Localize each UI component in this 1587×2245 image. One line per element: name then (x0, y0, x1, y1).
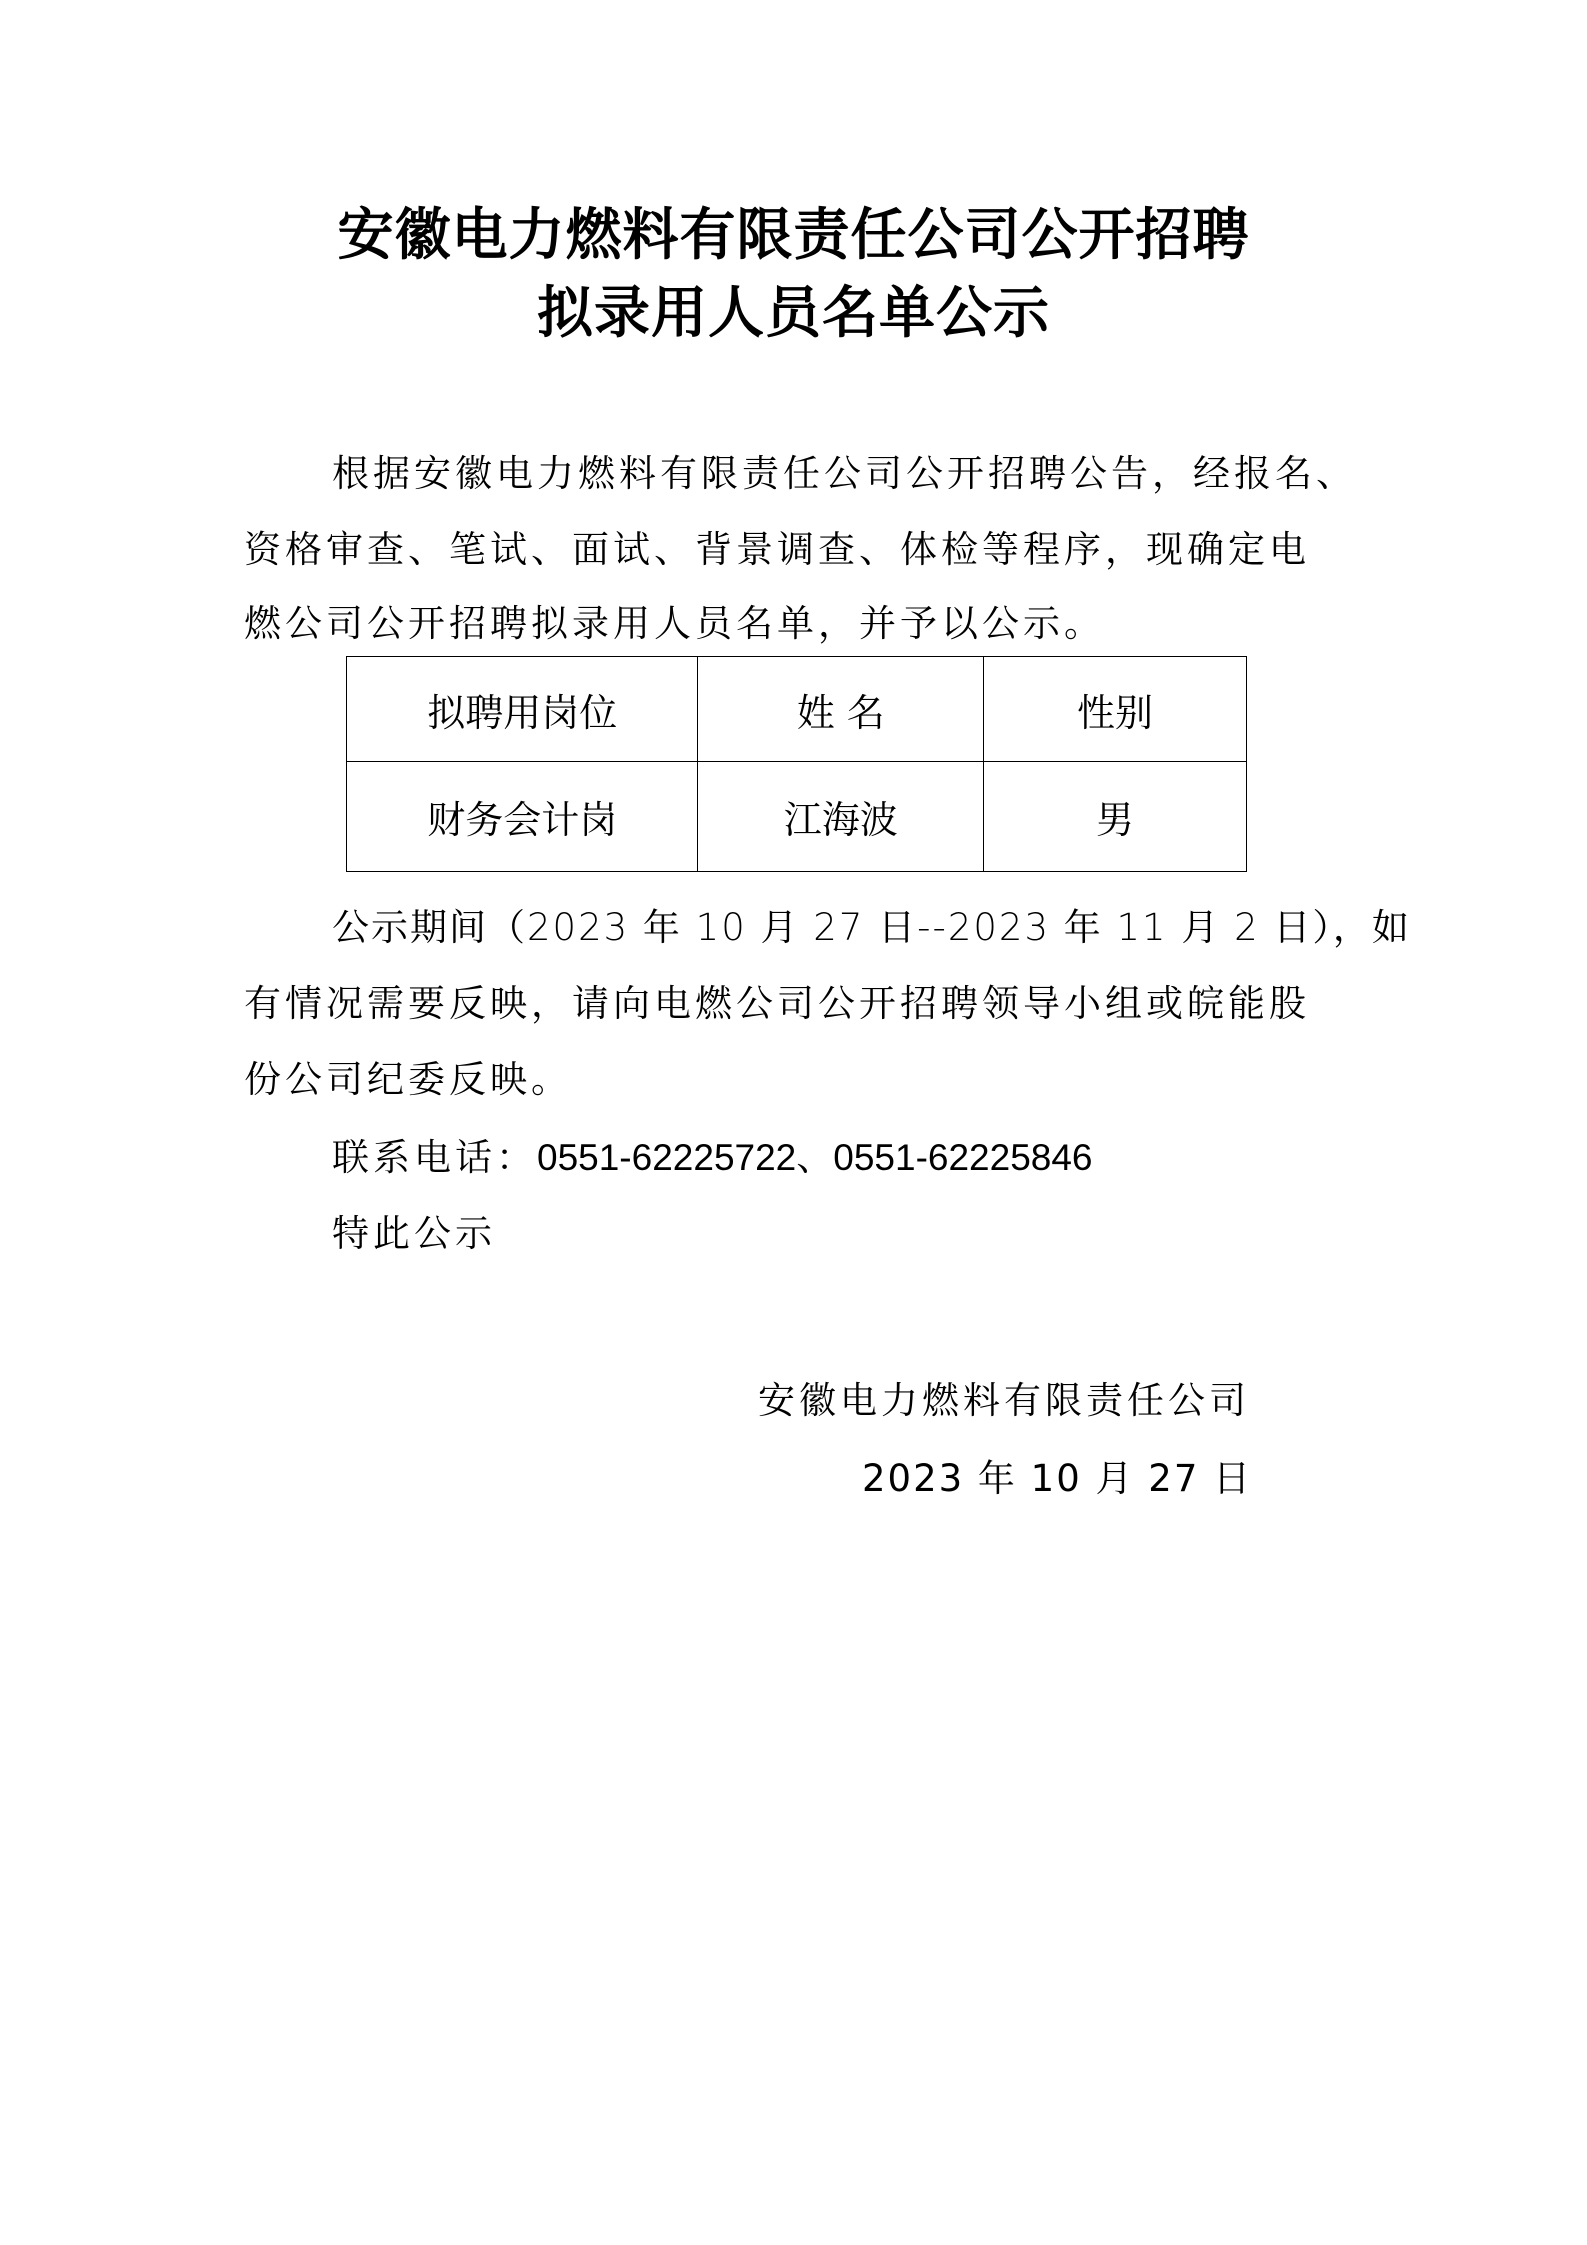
table-header-row: 拟聘用岗位 姓 名 性别 (347, 657, 1247, 762)
contact-phones: 0551-62225722、0551-62225846 (537, 1137, 1093, 1178)
notice-line-3: 份公司纪委反映。 (244, 1060, 1374, 1099)
closing-text: 特此公示 (332, 1214, 1462, 1253)
table-row: 财务会计岗 江海波 男 (347, 762, 1247, 872)
intro-line-1: 根据安徽电力燃料有限责任公司公开招聘公告，经报名、 (332, 454, 1462, 493)
header-position: 拟聘用岗位 (347, 657, 698, 762)
header-name: 姓 名 (698, 657, 984, 762)
signature-company: 安徽电力燃料有限责任公司 (758, 1370, 1250, 1424)
signature-date: 2023 年 10 月 27 日 (862, 1448, 1252, 1502)
document-title-line2: 拟录用人员名单公示 (0, 278, 1587, 348)
notice-line-2: 有情况需要反映，请向电燃公司公开招聘领导小组或皖能股 (244, 984, 1374, 1023)
cell-gender: 男 (984, 762, 1247, 872)
hire-list-table: 拟聘用岗位 姓 名 性别 财务会计岗 江海波 男 (346, 656, 1247, 872)
cell-position: 财务会计岗 (347, 762, 698, 872)
header-gender: 性别 (984, 657, 1247, 762)
intro-line-3: 燃公司公开招聘拟录用人员名单，并予以公示。 (244, 604, 1374, 643)
contact-line: 联系电话：0551-62225722、0551-62225846 (332, 1138, 1462, 1177)
intro-line-2: 资格审查、笔试、面试、背景调查、体检等程序，现确定电 (244, 530, 1374, 569)
cell-name: 江海波 (698, 762, 984, 872)
notice-line-1: 公示期间（2023 年 10 月 27 日--2023 年 11 月 2 日），… (332, 908, 1462, 947)
document-title-line1: 安徽电力燃料有限责任公司公开招聘 (0, 200, 1587, 270)
contact-label: 联系电话： (332, 1136, 537, 1179)
